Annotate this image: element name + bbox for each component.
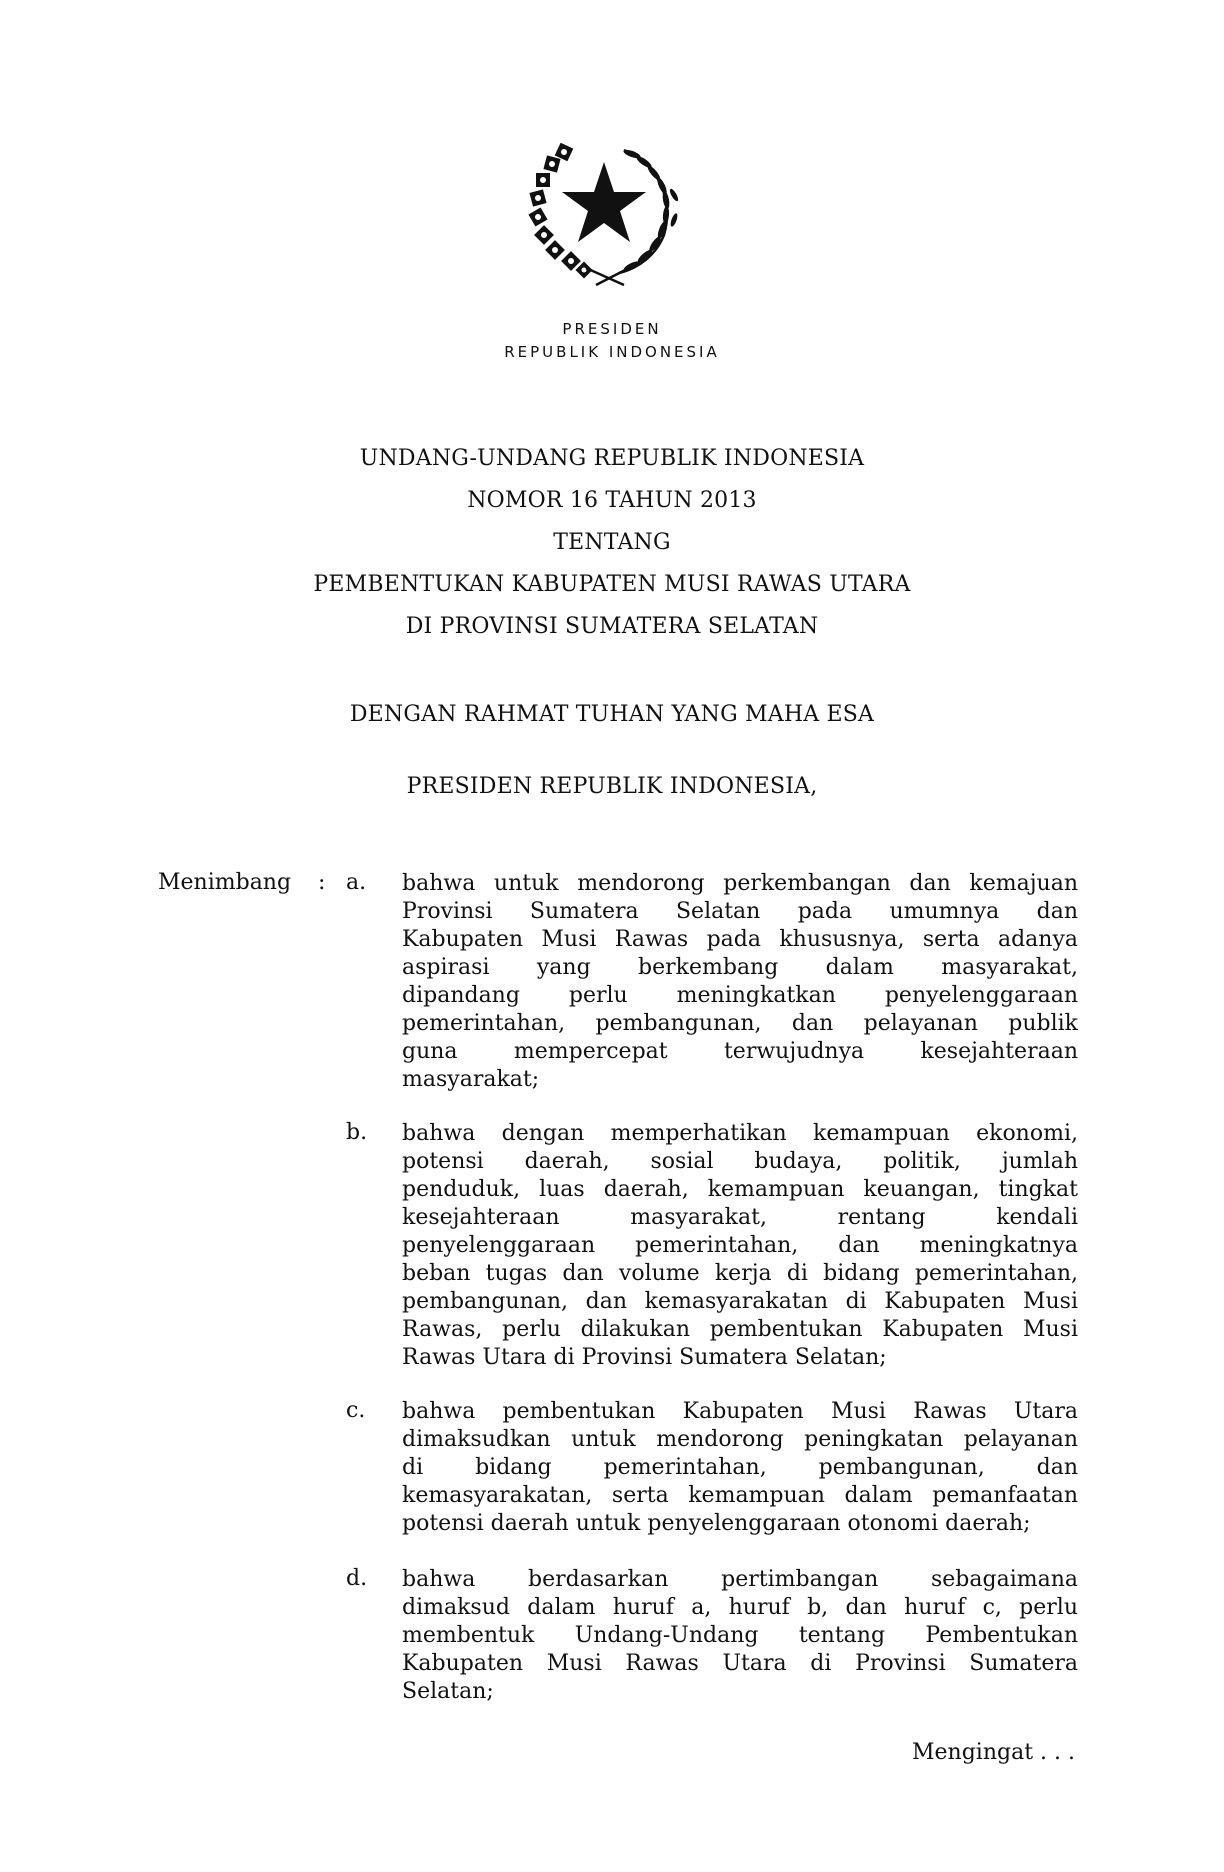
text-line: kesejahteraan masyarakat, rentang kendal… <box>402 1204 1078 1232</box>
text-line: dimaksud dalam huruf a, huruf b, dan hur… <box>402 1594 1078 1622</box>
emblem-caption-republik: REPUBLIK INDONESIA <box>0 343 1224 361</box>
text-line: Selatan; <box>402 1678 1078 1706</box>
text-line: bahwa dengan memperhatikan kemampuan eko… <box>402 1120 1078 1148</box>
considering-item-a: bahwa untuk mendorong perkembangan dan k… <box>402 870 1078 1094</box>
text-line: Kabupaten Musi Rawas pada khususnya, ser… <box>402 926 1078 954</box>
next-page-continuation: Mengingat . . . <box>912 1740 1075 1765</box>
text-line: masyarakat; <box>402 1066 1078 1094</box>
presidential-emblem-icon <box>524 140 684 290</box>
considering-label: Menimbang <box>158 870 291 895</box>
text-line: dimaksudkan untuk mendorong peningkatan … <box>402 1426 1078 1454</box>
item-letter-d: d. <box>346 1566 367 1591</box>
text-line: Provinsi Sumatera Selatan pada umumnya d… <box>402 898 1078 926</box>
text-line: beban tugas dan volume kerja di bidang p… <box>402 1260 1078 1288</box>
law-subject-location: DI PROVINSI SUMATERA SELATAN <box>0 614 1224 639</box>
considering-item-b: bahwa dengan memperhatikan kemampuan eko… <box>402 1120 1078 1372</box>
considering-item-c: bahwa pembentukan Kabupaten Musi Rawas U… <box>402 1398 1078 1538</box>
item-letter-c: c. <box>346 1398 365 1423</box>
text-line: pembangunan, dan kemasyarakatan di Kabup… <box>402 1288 1078 1316</box>
text-line: potensi daerah, sosial budaya, politik, … <box>402 1148 1078 1176</box>
law-subject: PEMBENTUKAN KABUPATEN MUSI RAWAS UTARA <box>0 572 1224 597</box>
text-line: guna mempercepat terwujudnya kesejahtera… <box>402 1038 1078 1066</box>
text-line: membentuk Undang-Undang tentang Pembentu… <box>402 1622 1078 1650</box>
considering-separator: : <box>318 870 325 895</box>
text-line: Kabupaten Musi Rawas Utara di Provinsi S… <box>402 1650 1078 1678</box>
text-line: bahwa untuk mendorong perkembangan dan k… <box>402 870 1078 898</box>
invocation: DENGAN RAHMAT TUHAN YANG MAHA ESA <box>0 702 1224 727</box>
text-line: dipandang perlu meningkatkan penyelengga… <box>402 982 1078 1010</box>
item-letter-b: b. <box>346 1120 367 1145</box>
text-line: pemerintahan, pembangunan, dan pelayanan… <box>402 1010 1078 1038</box>
text-line: penyelenggaraan pemerintahan, dan mening… <box>402 1232 1078 1260</box>
considering-item-d: bahwa berdasarkan pertimbangan sebagaima… <box>402 1566 1078 1706</box>
text-line: bahwa berdasarkan pertimbangan sebagaima… <box>402 1566 1078 1594</box>
law-number: NOMOR 16 TAHUN 2013 <box>0 488 1224 513</box>
item-letter-a: a. <box>346 870 366 895</box>
text-line: kemasyarakatan, serta kemampuan dalam pe… <box>402 1482 1078 1510</box>
text-line: penduduk, luas daerah, kemampuan keuanga… <box>402 1176 1078 1204</box>
law-about: TENTANG <box>0 530 1224 555</box>
text-line: Rawas, perlu dilakukan pembentukan Kabup… <box>402 1316 1078 1344</box>
president-heading: PRESIDEN REPUBLIK INDONESIA, <box>0 774 1224 799</box>
law-title: UNDANG-UNDANG REPUBLIK INDONESIA <box>0 446 1224 471</box>
emblem-caption-presiden: PRESIDEN <box>0 320 1224 338</box>
text-line: Rawas Utara di Provinsi Sumatera Selatan… <box>402 1344 1078 1372</box>
text-line: potensi daerah untuk penyelenggaraan oto… <box>402 1510 1078 1538</box>
text-line: bahwa pembentukan Kabupaten Musi Rawas U… <box>402 1398 1078 1426</box>
text-line: di bidang pemerintahan, pembangunan, dan <box>402 1454 1078 1482</box>
text-line: aspirasi yang berkembang dalam masyaraka… <box>402 954 1078 982</box>
